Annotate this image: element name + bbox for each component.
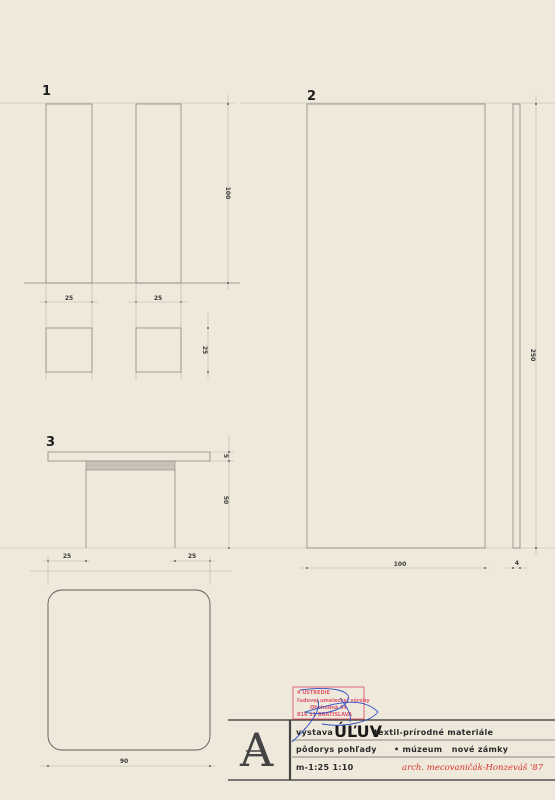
title-row3-signature: arch. mecovaničák-Honzeváš '87 bbox=[402, 762, 544, 773]
title-block: A výstava ÚĽUV textil-prírodné materiále… bbox=[228, 687, 555, 780]
view-1-left-post bbox=[46, 104, 92, 283]
view-1-right-post bbox=[136, 104, 181, 283]
view-1: 1 100 25 25 25 bbox=[0, 84, 240, 380]
dim-view3-top-thickness: 5 bbox=[222, 454, 229, 458]
dim-view1-right-width: 25 bbox=[154, 295, 162, 302]
view-2-panel-front bbox=[307, 104, 485, 548]
title-row3-scale: m-1:25 1:10 bbox=[296, 763, 354, 772]
dim-plan-depth: 25 bbox=[201, 346, 208, 354]
view-3-table-top bbox=[48, 452, 210, 461]
dim-view2-height: 250 bbox=[529, 349, 536, 362]
dim-view3-offset-right: 25 bbox=[188, 553, 196, 560]
dim-view1-left-width: 25 bbox=[65, 295, 73, 302]
title-row2-left: pôdorys pohľady bbox=[296, 744, 377, 754]
dim-view3-offset-left: 25 bbox=[63, 553, 71, 560]
view-2-panel-side bbox=[513, 104, 520, 548]
view-2-number: 2 bbox=[307, 89, 316, 104]
title-row1-suffix: textil-prírodné materiále bbox=[374, 727, 494, 737]
dim-view2-width: 100 bbox=[394, 561, 407, 568]
dim-view1-height: 100 bbox=[224, 187, 231, 200]
view-3-table-plan bbox=[48, 590, 210, 750]
technical-drawing: 1 100 25 25 25 3 bbox=[0, 0, 555, 800]
view-1-number: 1 bbox=[42, 84, 51, 99]
dim-view2-thickness: 4 bbox=[515, 560, 519, 567]
plan-left-square bbox=[46, 328, 92, 372]
view-3-number: 3 bbox=[46, 435, 55, 450]
view-2: 2 250 100 4 bbox=[240, 89, 555, 569]
title-block-logo: A bbox=[239, 723, 274, 777]
dim-view3-height: 50 bbox=[222, 496, 229, 504]
title-row2-right: • múzeum nové zámky bbox=[394, 744, 509, 754]
stamp-line-3: Obchodná 64 bbox=[310, 704, 348, 711]
plan-right-square bbox=[136, 328, 181, 372]
dim-view3-plan-width: 90 bbox=[120, 758, 128, 765]
view-3-apron bbox=[86, 461, 175, 470]
view-3: 3 5 50 25 25 90 bbox=[30, 435, 234, 767]
